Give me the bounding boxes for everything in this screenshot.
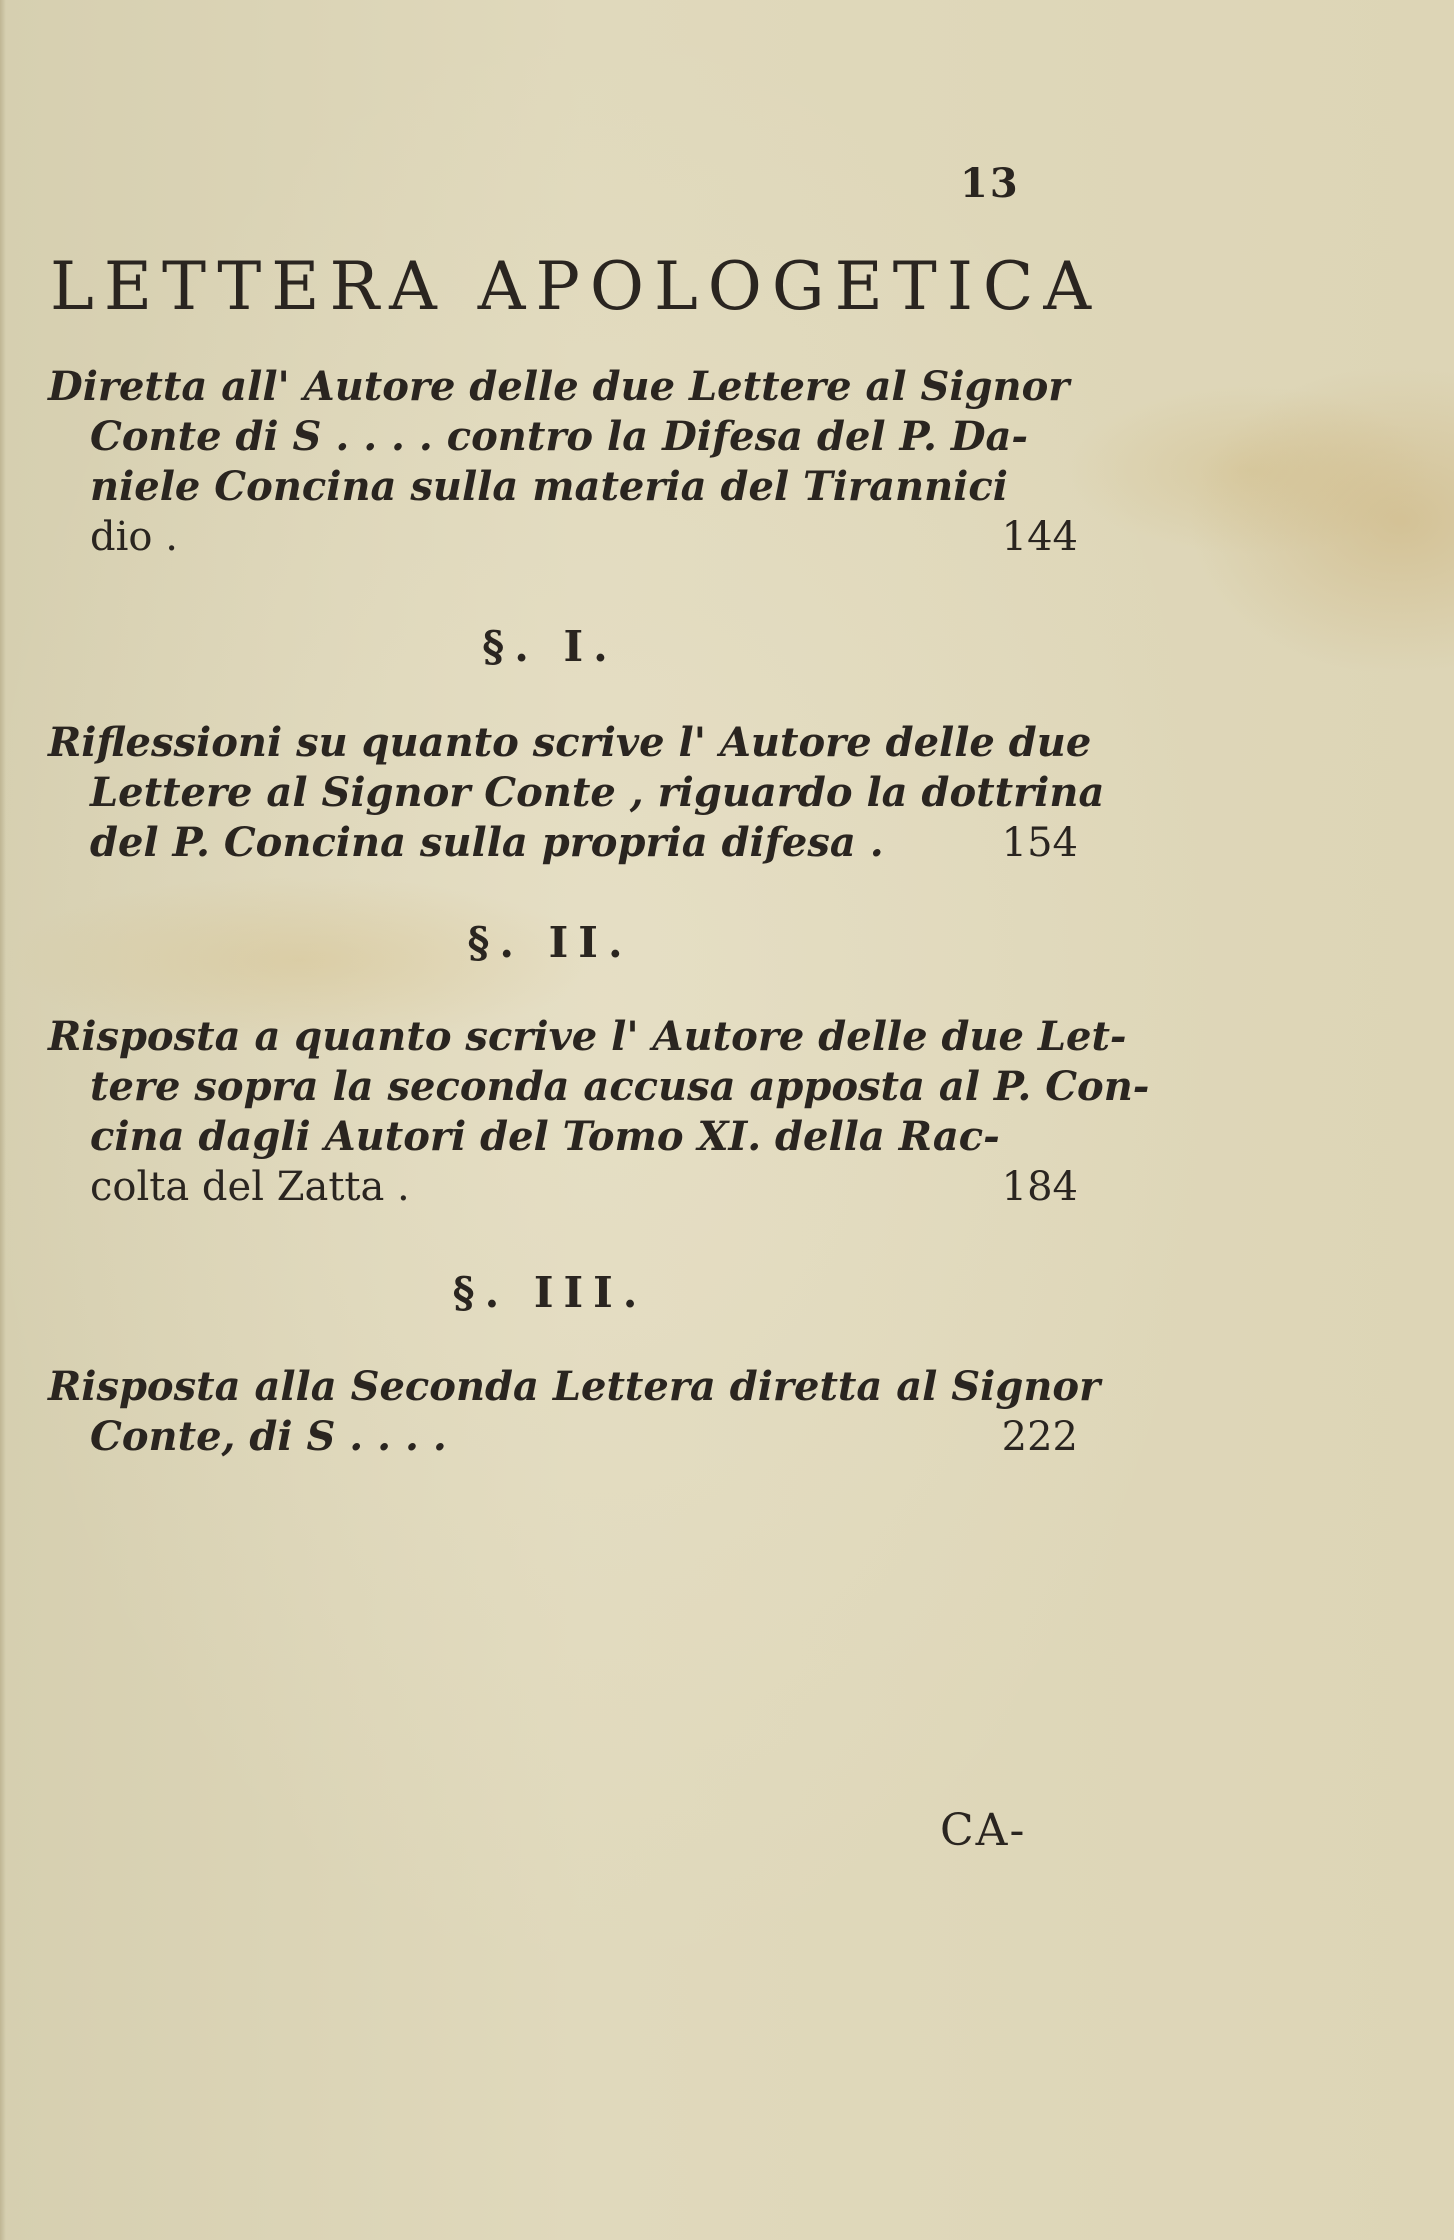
page-reference: 222 — [1002, 1412, 1078, 1462]
page-reference: 144 — [1002, 512, 1078, 562]
toc-line: cina dagli Autori del Tomo XI. della Rac… — [48, 1112, 1078, 1162]
toc-line: Conte di S . . . . contro la Difesa del … — [48, 412, 1078, 462]
section-heading: §. III. — [0, 1268, 1100, 1317]
page-title: LETTERA APOLOGETICA — [50, 248, 1070, 325]
toc-entry: Risposta a quanto scrive l' Autore delle… — [48, 1012, 1078, 1212]
page-reference: 184 — [1002, 1162, 1078, 1212]
toc-line: colta del Zatta .184 — [48, 1162, 1078, 1212]
toc-entry: Diretta all' Autore delle due Lettere al… — [48, 362, 1078, 562]
toc-line: tere sopra la seconda accusa apposta al … — [48, 1062, 1078, 1112]
toc-line: Diretta all' Autore delle due Lettere al… — [48, 362, 1078, 412]
toc-entry: Riflessioni su quanto scrive l' Autore d… — [48, 718, 1078, 868]
section-heading: §. II. — [0, 918, 1100, 967]
toc-line: Lettere al Signor Conte , riguardo la do… — [48, 768, 1078, 818]
page-number: 13 — [960, 160, 1020, 207]
toc-line: Risposta alla Seconda Lettera diretta al… — [48, 1362, 1078, 1412]
toc-line: Risposta a quanto scrive l' Autore delle… — [48, 1012, 1078, 1062]
page-edge — [0, 0, 6, 2240]
toc-line: Riflessioni su quanto scrive l' Autore d… — [48, 718, 1078, 768]
toc-entry: Risposta alla Seconda Lettera diretta al… — [48, 1362, 1078, 1462]
catchword: CA- — [940, 1805, 1026, 1856]
toc-line: niele Concina sulla materia del Tirannic… — [48, 462, 1078, 512]
toc-line: dio .144 — [48, 512, 1078, 562]
section-heading: §. I. — [0, 622, 1100, 671]
toc-line: Conte, di S . . . .222 — [48, 1412, 1078, 1462]
page-reference: 154 — [1002, 818, 1078, 868]
toc-line: del P. Concina sulla propria difesa .154 — [48, 818, 1078, 868]
